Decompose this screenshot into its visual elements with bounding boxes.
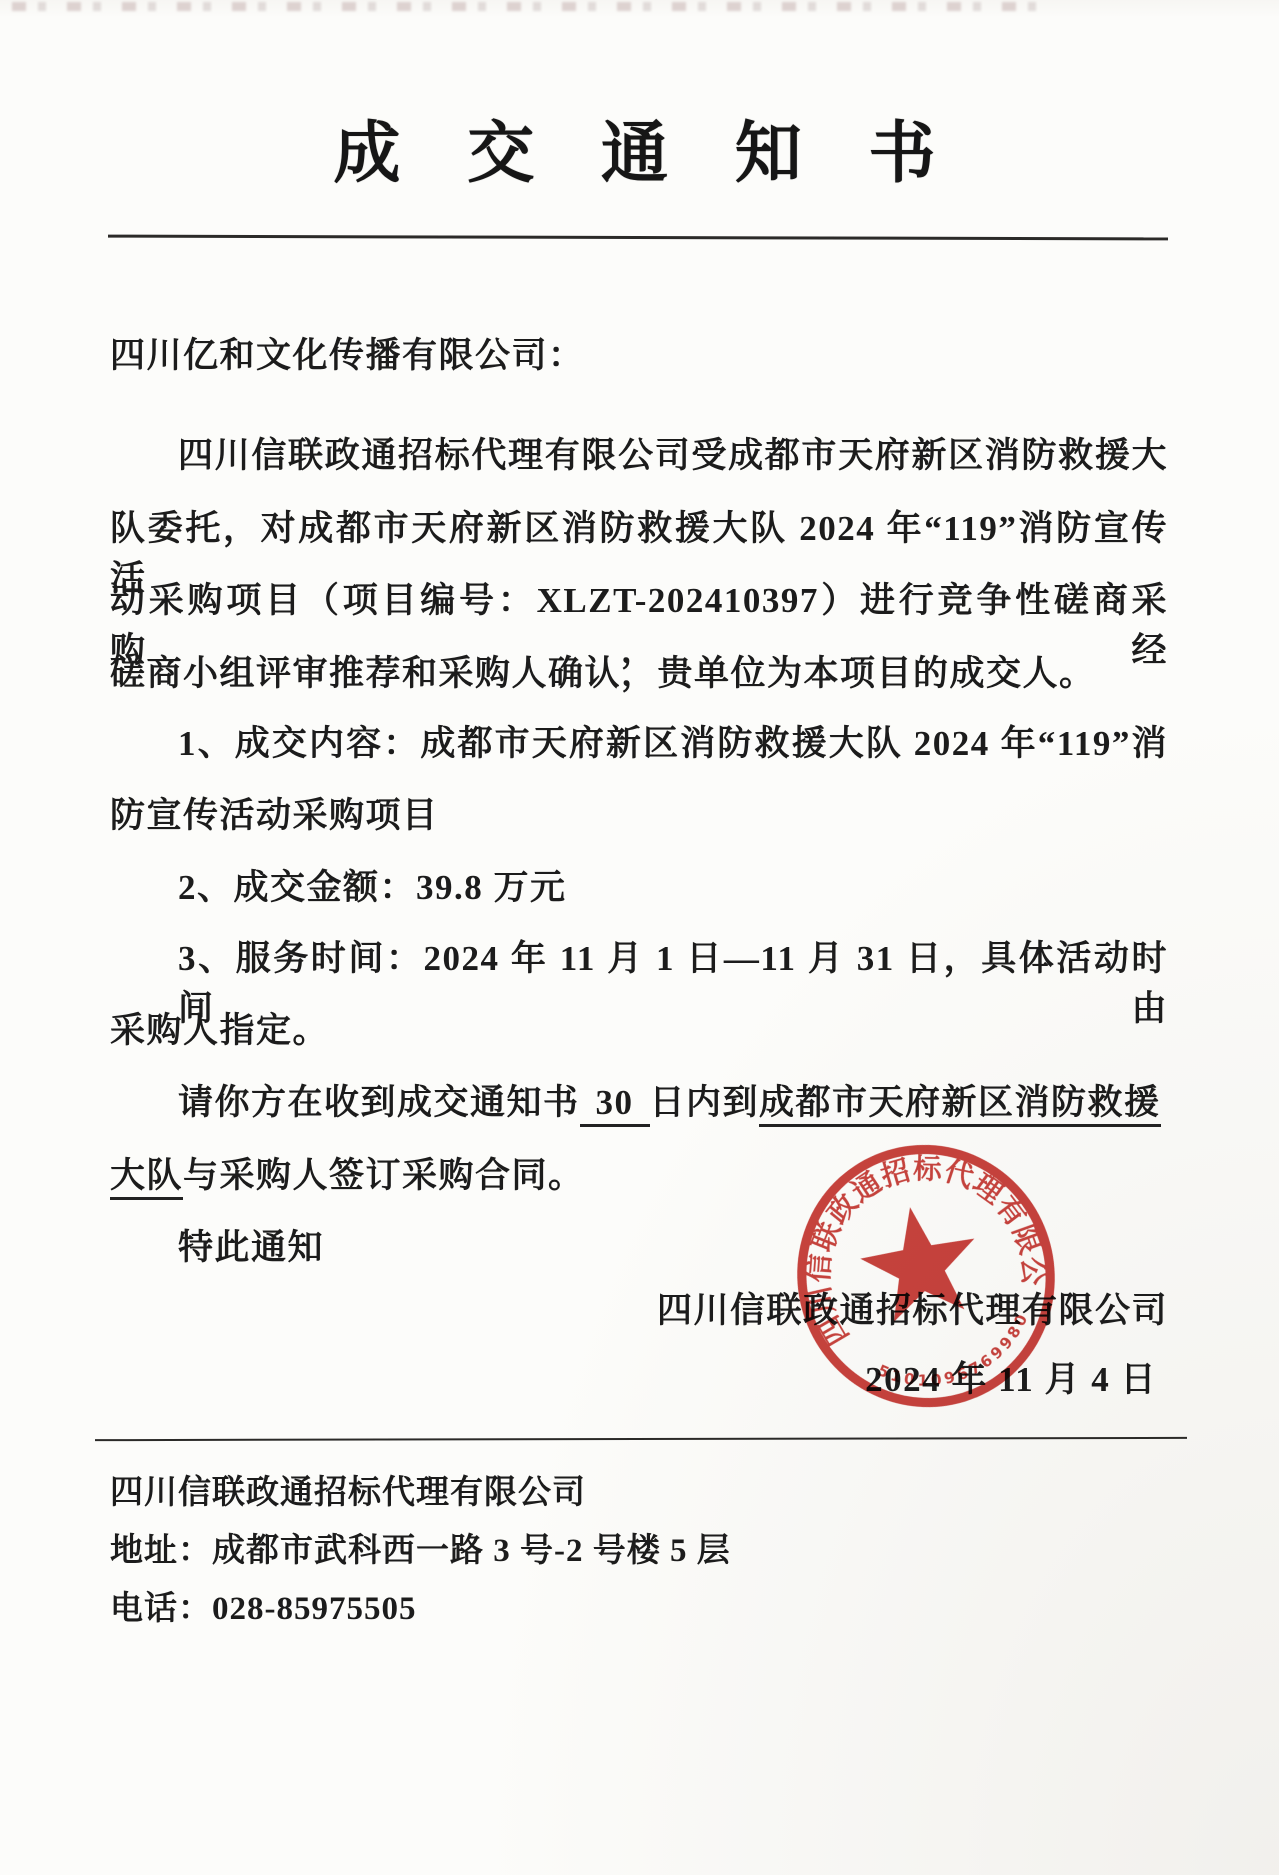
paragraph1-line4: 磋商小组评审推荐和采购人确认，贵单位为本项目的成交人。 <box>110 646 1096 696</box>
footer-company: 四川信联政通招标代理有限公司 <box>110 1466 586 1513</box>
footer-divider <box>95 1437 1187 1441</box>
closing-line2: 大队与采购人签订采购合同。 <box>110 1148 585 1198</box>
closing-notice: 特此通知 <box>178 1220 324 1270</box>
item1-line2: 防宣传活动采购项目 <box>110 788 439 838</box>
closing-line1: 请你方在收到成交通知书30日内到成都市天府新区消防救援 <box>178 1075 1161 1125</box>
title-divider <box>108 235 1168 241</box>
star-icon <box>850 1190 996 1337</box>
document-title: 成 交 通 知 书 <box>0 100 1279 196</box>
footer-address: 地址：成都市武科西一路 3 号-2 号楼 5 层 <box>110 1524 731 1571</box>
closing-rest: 与采购人签订采购合同。 <box>183 1156 585 1195</box>
closing-mid: 日内到 <box>650 1083 760 1122</box>
item2-line: 2、成交金额：39.8 万元 <box>178 860 567 910</box>
closing-prefix: 请你方在收到成交通知书 <box>178 1083 580 1122</box>
closing-days-underlined: 30 <box>580 1083 650 1127</box>
item3-line2: 采购人指定。 <box>110 1003 329 1053</box>
scan-artifact <box>12 2 1052 11</box>
item1-line1: 1、成交内容：成都市天府新区消防救援大队 2024 年“119”消 <box>178 716 1168 766</box>
document-page: 成 交 通 知 书 四川亿和文化传播有限公司： 四川信联政通招标代理有限公司受成… <box>0 0 1279 1875</box>
paragraph1-line1: 四川信联政通招标代理有限公司受成都市天府新区消防救援大 <box>178 428 1168 478</box>
footer-phone: 电话：028-85975505 <box>110 1582 417 1629</box>
addressee: 四川亿和文化传播有限公司： <box>110 328 585 378</box>
closing-underline2: 大队 <box>110 1156 183 1200</box>
